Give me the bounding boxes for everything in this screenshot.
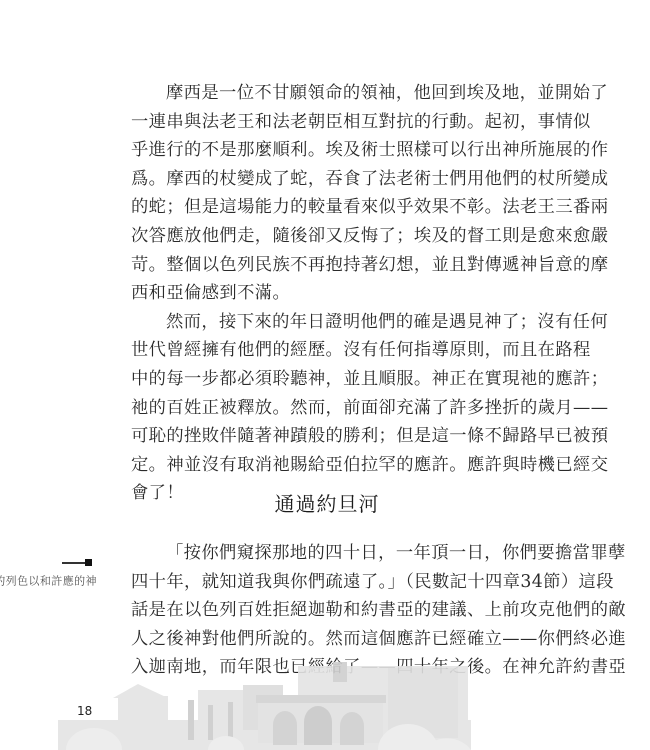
text-line: 話是在以色列百姓拒絕迦勒和約書亞的建議、上前攻克他們的敵 bbox=[131, 596, 523, 625]
text-line: 世代曾經擁有他們的經歷。沒有任何指導原則，而且在路程 bbox=[131, 336, 523, 365]
text-line: 可恥的挫敗伴隨著神蹟般的勝利；但是這一條不歸路早已被預 bbox=[131, 422, 523, 451]
page-number: 18 bbox=[77, 704, 92, 718]
text-line: 的蛇；但是這場能力的較量看來似乎效果不彰。法老王三番兩 bbox=[131, 193, 523, 222]
book-page: 摩西是一位不甘願領命的領袖，他回到埃及地，並開始了 一連串與法老王和法老朝臣相互… bbox=[0, 0, 650, 750]
text-line: 苛。整個以色列民族不再抱持著幻想，並且對傳遞神旨意的摩 bbox=[131, 251, 523, 280]
text-line: 一連串與法老王和法老朝臣相互對抗的行動。起初，事情似 bbox=[131, 108, 523, 137]
text-line: 西和亞倫感到不滿。 bbox=[131, 279, 523, 308]
text-line: 摩西是一位不甘願領命的領袖，他回到埃及地，並開始了 bbox=[131, 79, 523, 108]
text-line: 中的每一步都必須聆聽神，並且順服。神正在實現祂的應許； bbox=[131, 365, 523, 394]
jerusalem-skyline-illustration bbox=[58, 660, 471, 750]
paragraph-1: 摩西是一位不甘願領命的領袖，他回到埃及地，並開始了 一連串與法老王和法老朝臣相互… bbox=[131, 79, 523, 308]
section-heading: 通過約旦河 bbox=[131, 488, 523, 517]
paragraph-2: 然而，接下來的年日證明他們的確是遇見神了；沒有任何 世代曾經擁有他們的經歷。沒有… bbox=[131, 308, 523, 508]
book-title-vertical: 神的應許和以色列的未來 bbox=[80, 575, 96, 586]
text-line: 然而，接下來的年日證明他們的確是遇見神了；沒有任何 bbox=[131, 308, 523, 337]
text-line: 四十年，就知道我與你們疏遠了。」（民數記十四章34節）這段 bbox=[131, 568, 523, 597]
square-bullet-icon bbox=[85, 559, 92, 566]
running-head-rule bbox=[62, 562, 86, 564]
text-line: 乎進行的不是那麼順利。埃及術士照樣可以行出神所施展的作 bbox=[131, 136, 523, 165]
text-line: 祂的百姓正被釋放。然而，前面卻充滿了許多挫折的歲月—— bbox=[131, 394, 523, 423]
text-line: 定。神並沒有取消祂賜給亞伯拉罕的應許。應許與時機已經交 bbox=[131, 451, 523, 480]
text-line: 爲。摩西的杖變成了蛇，吞食了法老術士們用他們的杖所變成 bbox=[131, 165, 523, 194]
text-line: 人之後神對他們所說的。然而這個應許已經確立——你們終必進 bbox=[131, 625, 523, 654]
text-line: 次答應放他們走，隨後卻又反悔了；埃及的督工則是愈來愈嚴 bbox=[131, 222, 523, 251]
text-line: 「按你們窺探那地的四十日，一年頂一日，你們要擔當罪孽 bbox=[131, 539, 523, 568]
body-text: 摩西是一位不甘願領命的領袖，他回到埃及地，並開始了 一連串與法老王和法老朝臣相互… bbox=[131, 79, 523, 508]
